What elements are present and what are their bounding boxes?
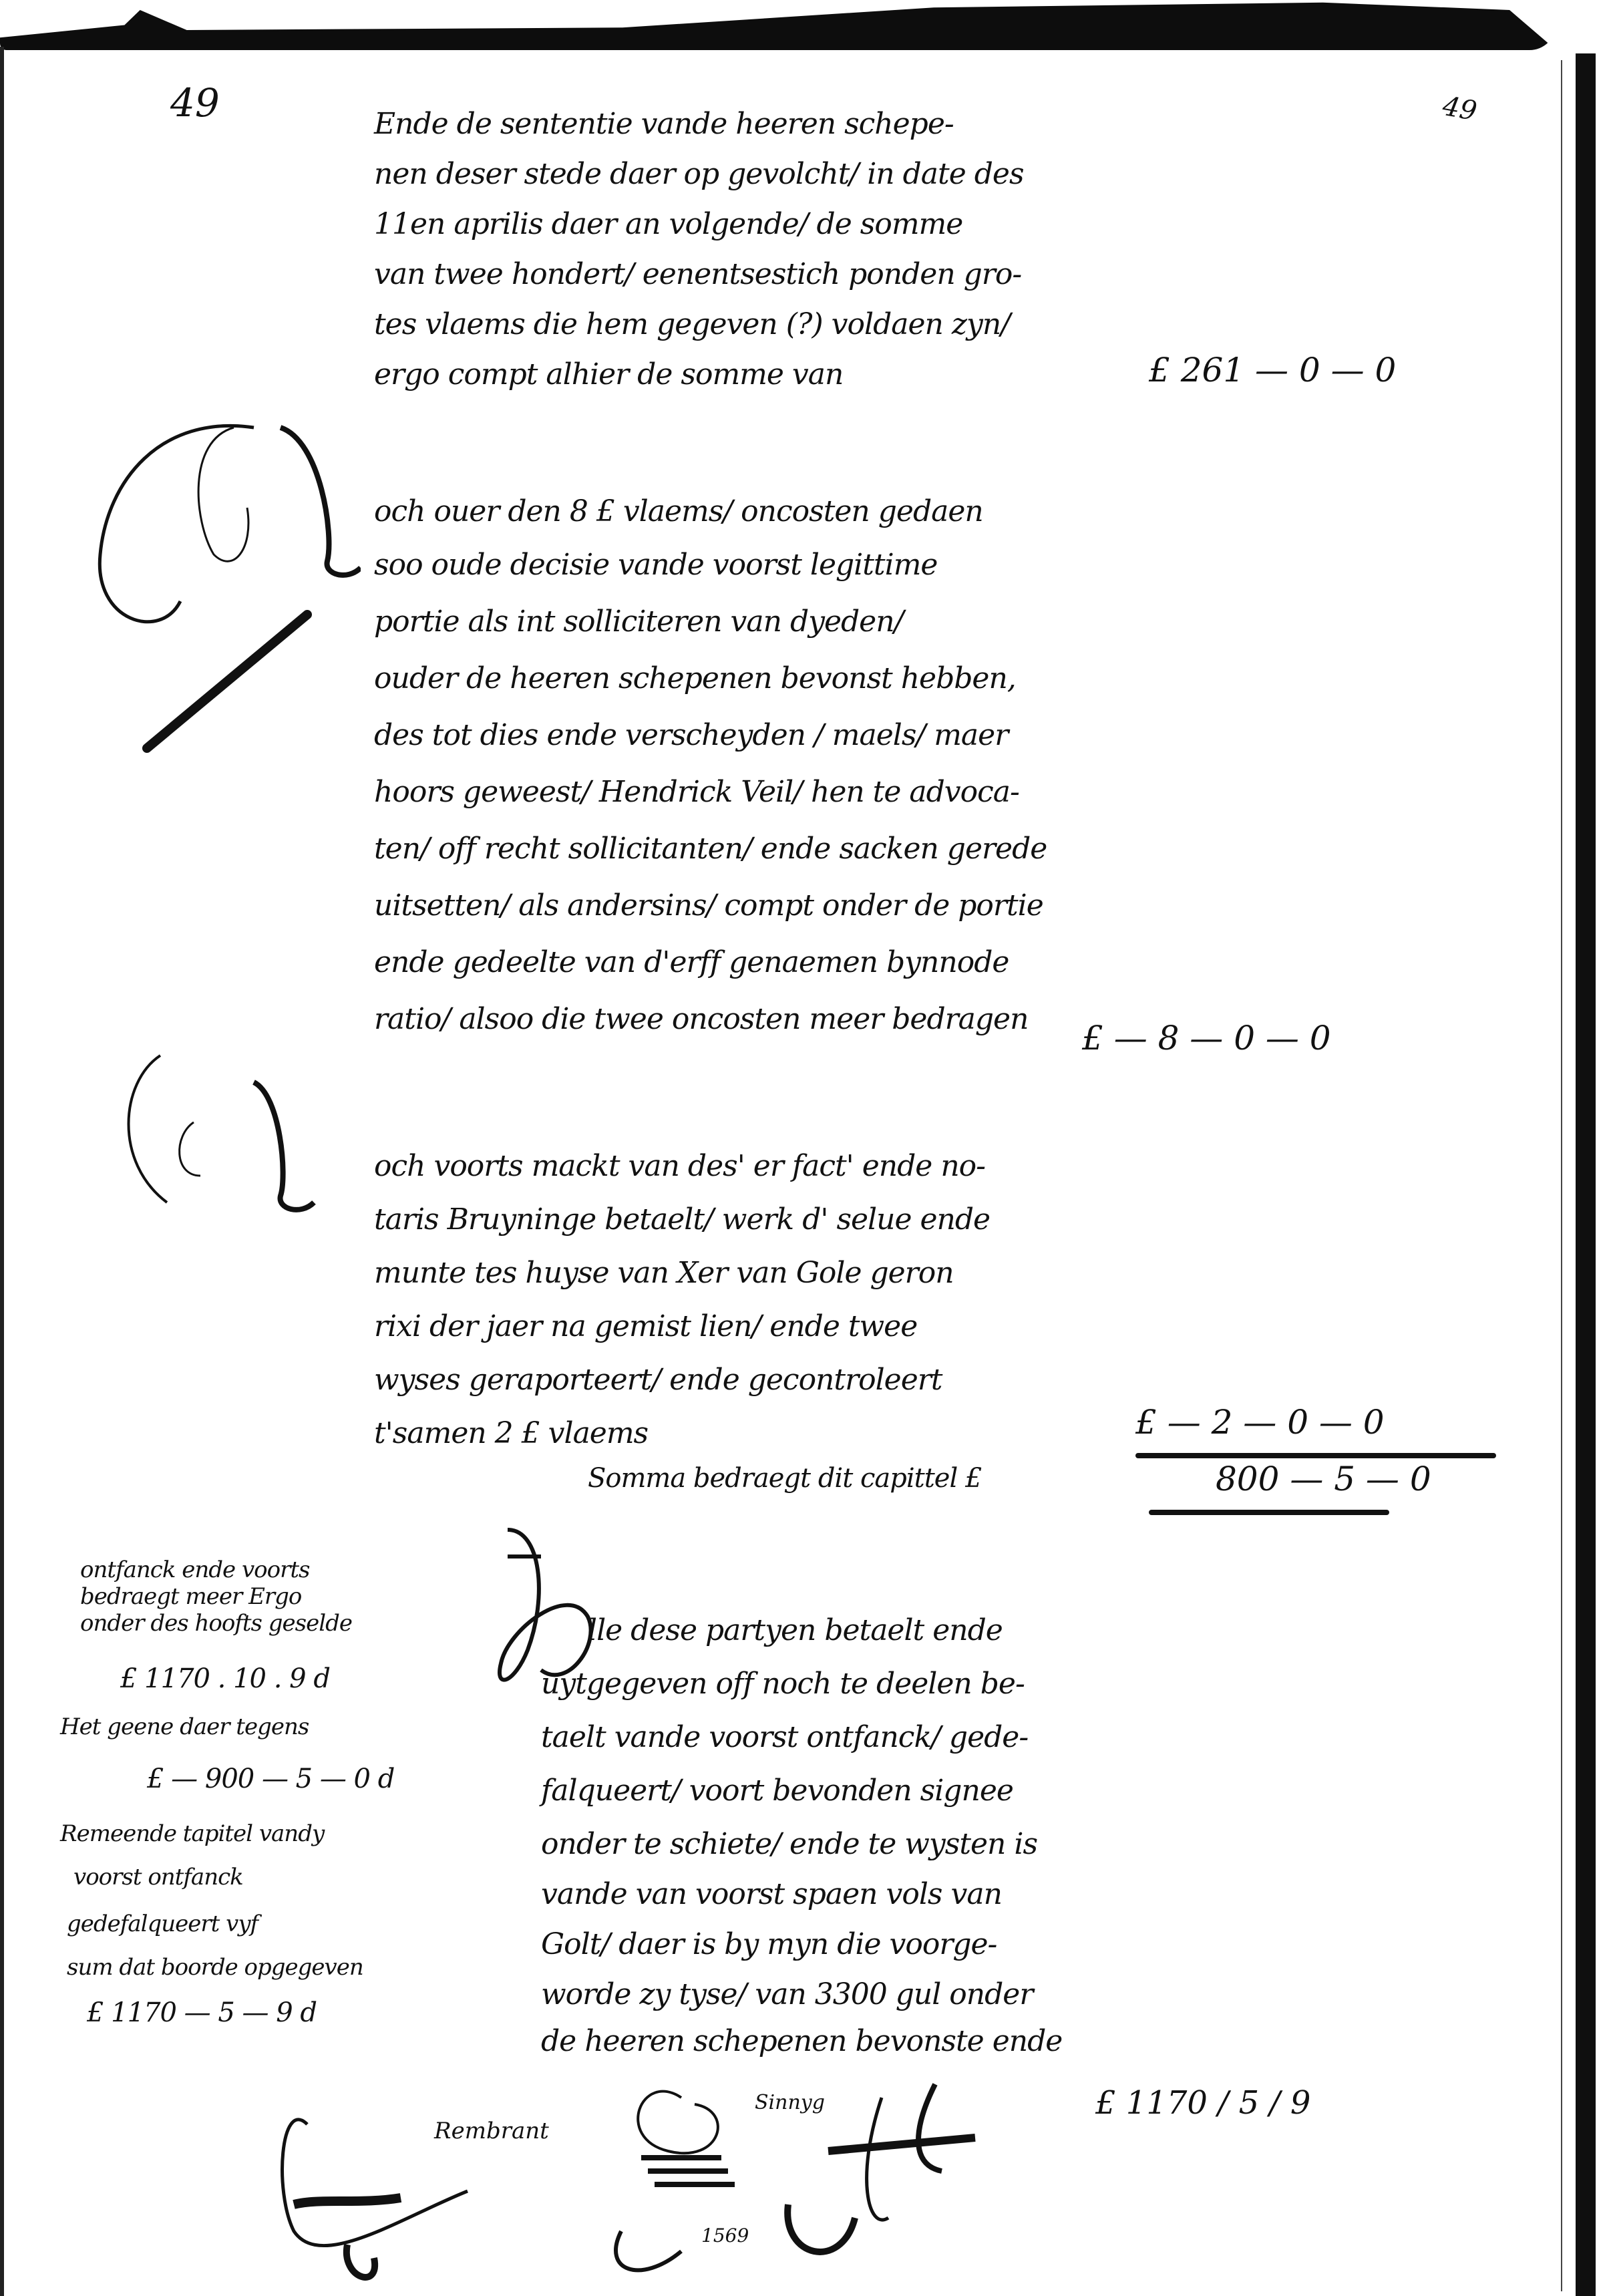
text-line: worde zy tyse/ van 3300 gul onder [541, 1977, 1033, 2011]
margin-amount: £ — 900 — 5 — 0 d [147, 1764, 394, 1794]
binding-line [1561, 60, 1562, 2291]
text-line: nen deser stede daer op gevolcht/ in dat… [374, 157, 1024, 191]
text-line: uytgegeven off noch te deelen be- [541, 1667, 1025, 1701]
entry-amount: £ 261 — 0 — 0 [1149, 351, 1396, 389]
text-line: van twee hondert/ eenentsestich ponden g… [374, 257, 1021, 291]
margin-amount: £ 1170 — 5 — 9 d [87, 1997, 317, 2028]
margin-line: onder des hoofts geselde [80, 1610, 352, 1637]
text-line: taelt vande voorst ontfanck/ gede- [541, 1720, 1028, 1754]
final-amount: £ 1170 / 5 / 9 [1095, 2084, 1310, 2122]
decorative-initial-n-icon [80, 401, 361, 775]
summary-double-rule [1149, 1510, 1389, 1515]
text-line: tes vlaems die hem gegeven (?) voldaen z… [374, 307, 1010, 341]
signature-year: 1569 [701, 2225, 749, 2247]
margin-line: Het geene daer tegens [60, 1713, 309, 1740]
text-line: portie als int solliciteren van dyeden/ [374, 605, 903, 639]
page-left-edge [0, 47, 4, 2296]
margin-amount: £ 1170 . 10 . 9 d [120, 1663, 330, 1694]
text-line: Ende de sententie vande heeren schepe- [374, 107, 954, 141]
text-line: ouder de heeren schepenen bevonst hebben… [374, 661, 1016, 695]
text-line: falqueert/ voort bevonden signee [541, 1774, 1013, 1808]
text-line: 11en aprilis daer an volgende/ de somme [374, 207, 962, 241]
decorative-initial-n-icon [107, 1042, 321, 1216]
text-line: onder te schiete/ ende te wysten is [541, 1827, 1037, 1861]
margin-line: gedefalqueert vyf [67, 1911, 258, 1937]
signature-flourish-icon [267, 2058, 1202, 2296]
text-line: des tot dies ende verscheyden / maels/ m… [374, 718, 1008, 752]
text-line: ten/ off recht sollicitanten/ ende sacke… [374, 832, 1047, 866]
book-binding [1576, 53, 1596, 2296]
summary-label: Somma bedraegt dit capittel £ [588, 1463, 981, 1494]
entry-amount: £ — 2 — 0 — 0 [1135, 1403, 1385, 1442]
text-line: hoors geweest/ Hendrick Veil/ hen te adv… [374, 775, 1019, 809]
text-line: wyses geraporteert/ ende gecontroleert [374, 1363, 942, 1397]
text-line: uitsetten/ als andersins/ compt onder de… [374, 888, 1043, 923]
summary-amount: 800 — 5 — 0 [1216, 1460, 1431, 1498]
margin-line: ontfanck ende voorts [80, 1556, 309, 1583]
manuscript-page: 49 49 Ende de sententie vande heeren sch… [0, 0, 1609, 2296]
signature-name: Sinnyg [755, 2091, 825, 2114]
text-line: soo oude decisie vande voorst legittime [374, 548, 937, 582]
text-line: rixi der jaer na gemist lien/ ende twee [374, 1309, 917, 1343]
signature-name: Rembrant [434, 2118, 549, 2144]
entry-amount: £ — 8 — 0 — 0 [1082, 1019, 1331, 1057]
text-line: taris Bruyninge betaelt/ werk d' selue e… [374, 1202, 990, 1237]
margin-line: sum dat boorde opgegeven [67, 1954, 363, 1981]
text-line: de heeren schepenen bevonste ende [541, 2024, 1062, 2058]
text-line: ende gedeelte van d'erff genaemen bynnod… [374, 945, 1009, 979]
text-line: munte tes huyse van Xer van Gole geron [374, 1256, 954, 1290]
margin-line: bedraegt meer Ergo [80, 1583, 301, 1610]
summary-rule [1135, 1453, 1496, 1458]
text-line: och voorts mackt van des' er fact' ende … [374, 1149, 985, 1183]
text-line: lle dese partyen betaelt ende [588, 1613, 1003, 1647]
folio-number-right: 49 [1440, 91, 1479, 127]
text-line: ergo compt alhier de somme van [374, 357, 843, 391]
margin-line: voorst ontfanck [73, 1864, 243, 1891]
text-line: ratio/ alsoo die twee oncosten meer bedr… [374, 1002, 1028, 1036]
text-line: t'samen 2 £ vlaems [374, 1416, 648, 1450]
text-line: Golt/ daer is by myn die voorge- [541, 1927, 997, 1961]
text-line: vande van voorst spaen vols van [541, 1877, 1002, 1911]
text-line: och ouer den 8 £ vlaems/ oncosten gedaen [374, 494, 983, 528]
page-top-dark-edge [0, 0, 1556, 50]
folio-number-left: 49 [170, 80, 220, 126]
margin-line: Remeende tapitel vandy [60, 1820, 324, 1847]
